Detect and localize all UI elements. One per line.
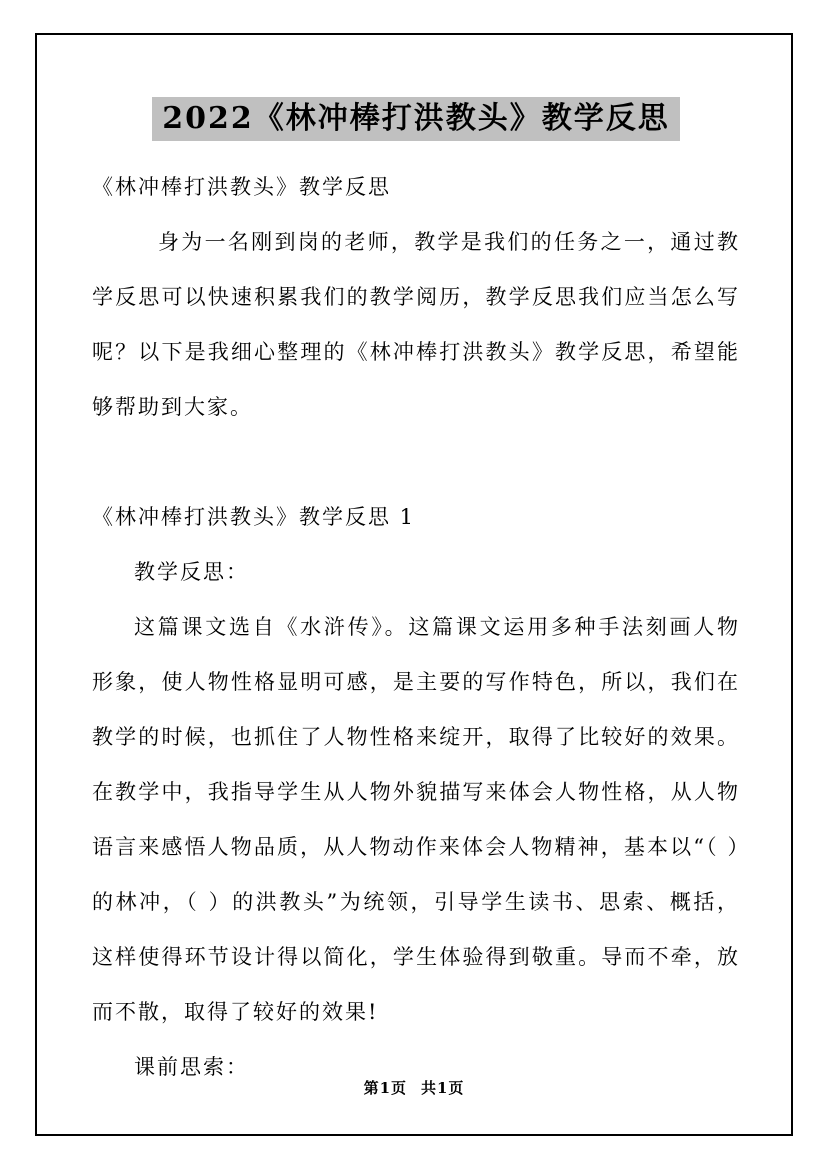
footer-total-pages: 共1页	[421, 1079, 464, 1097]
reflection-label: 教学反思：	[92, 545, 740, 600]
document-title: 2022《林冲棒打洪教头》教学反思	[152, 97, 680, 141]
page-footer: 第1页共1页	[37, 1077, 791, 1098]
section-body-paragraph: 这篇课文选自《水浒传》。这篇课文运用多种手法刻画人物形象，使人物性格显明可感，是…	[92, 600, 740, 1040]
title-row: 2022《林冲棒打洪教头》教学反思	[92, 97, 740, 141]
footer-current-page: 第1页	[364, 1079, 407, 1097]
subtitle: 《林冲棒打洪教头》教学反思	[92, 160, 740, 215]
intro-paragraph: 身为一名刚到岗的老师，教学是我们的任务之一，通过教学反思可以快速积累我们的教学阅…	[92, 215, 740, 435]
section-heading: 《林冲棒打洪教头》教学反思 1	[92, 490, 740, 545]
document-canvas: 2022《林冲棒打洪教头》教学反思 《林冲棒打洪教头》教学反思 身为一名刚到岗的…	[0, 0, 827, 1170]
blank-line	[92, 435, 740, 490]
page: 2022《林冲棒打洪教头》教学反思 《林冲棒打洪教头》教学反思 身为一名刚到岗的…	[35, 33, 793, 1136]
